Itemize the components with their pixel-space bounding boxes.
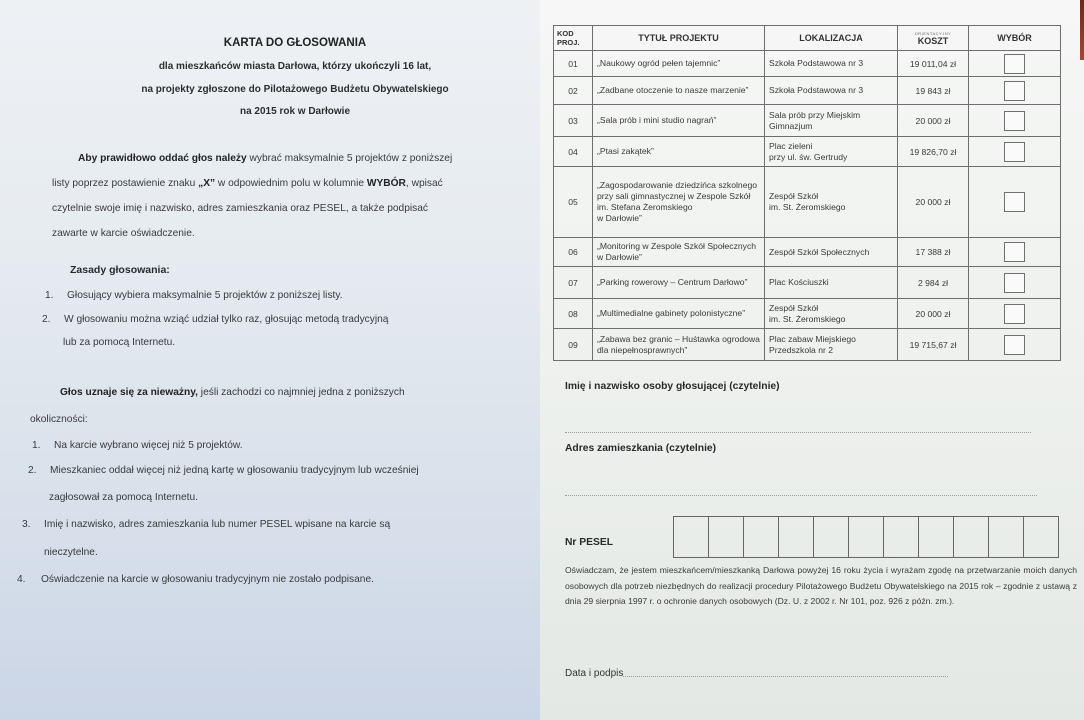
table-row: 01„Naukowy ogród pełen tajemnic”Szkoła P…: [554, 51, 1061, 77]
project-cost: 20 000 zł: [898, 299, 969, 329]
invalid-text: jeśli zachodzi co najmniej jedna z poniż…: [198, 387, 405, 398]
project-location: Zespół Szkół im. St. Żeromskiego: [765, 167, 898, 238]
invalid-text: Imię i nazwisko, adres zamieszkania lub …: [44, 519, 390, 530]
selection-cell: [969, 51, 1061, 77]
project-title: „Ptasi zakątek”: [593, 137, 765, 167]
instructions-text: listy poprzez postawienie znaku: [52, 178, 198, 189]
pesel-field[interactable]: [673, 516, 1059, 558]
project-cost: 19 843 zł: [898, 77, 969, 105]
project-location: Plac Kościuszki: [765, 267, 898, 299]
project-cost: 19 011,04 zł: [898, 51, 969, 77]
pesel-digit-box[interactable]: [709, 517, 744, 557]
header-koszt: ORIENTACYJNYKOSZT: [898, 26, 969, 51]
pesel-digit-box[interactable]: [919, 517, 954, 557]
project-code: 05: [554, 167, 593, 238]
pesel-digit-box[interactable]: [814, 517, 849, 557]
invalid-cont: nieczytelne.: [44, 547, 98, 558]
invalid-item: 2.Mieszkaniec oddał więcej niż jedną kar…: [28, 465, 419, 476]
selection-checkbox[interactable]: [1004, 81, 1025, 101]
projects-table: KOD PROJ. TYTUŁ PROJEKTU LOKALIZACJA ORI…: [553, 25, 1061, 361]
project-cost: 19 715,67 zł: [898, 329, 969, 361]
date-sign-label: Data i podpis: [565, 668, 623, 679]
invalid-number: 3.: [22, 519, 44, 530]
project-location: Szkoła Podstawowa nr 3: [765, 77, 898, 105]
selection-checkbox[interactable]: [1004, 242, 1025, 262]
table-row: 03„Sala prób i mini studio nagrań”Sala p…: [554, 105, 1061, 137]
project-title: „Zadbane otoczenie to nasze marzenie”: [593, 77, 765, 105]
project-title: „Parking rowerowy – Centrum Darłowo”: [593, 267, 765, 299]
header-lokalizacja: LOKALIZACJA: [765, 26, 898, 51]
project-cost: 19 826,70 zł: [898, 137, 969, 167]
invalid-item: 1.Na karcie wybrano więcej niż 5 projekt…: [32, 440, 243, 451]
address-field[interactable]: [565, 495, 1037, 496]
invalid-item: 4.Oświadczenie na karcie w głosowaniu tr…: [17, 574, 374, 585]
pesel-digit-box[interactable]: [849, 517, 884, 557]
project-location: Szkoła Podstawowa nr 3: [765, 51, 898, 77]
selection-cell: [969, 329, 1061, 361]
selection-checkbox[interactable]: [1004, 273, 1025, 293]
table-header-row: KOD PROJ. TYTUŁ PROJEKTU LOKALIZACJA ORI…: [554, 26, 1061, 51]
date-sign-row: Data i podpis: [565, 668, 948, 679]
invalid-cont: zagłosował za pomocą Internetu.: [49, 492, 198, 503]
address-label: Adres zamieszkania (czytelnie): [565, 443, 716, 454]
project-code: 08: [554, 299, 593, 329]
header-koszt-label: KOSZT: [918, 36, 949, 46]
selection-checkbox[interactable]: [1004, 142, 1025, 162]
rule-item: 1.Głosujący wybiera maksymalnie 5 projek…: [45, 290, 343, 301]
invalid-number: 4.: [17, 574, 41, 585]
name-field[interactable]: [565, 432, 1031, 433]
pesel-digit-box[interactable]: [779, 517, 814, 557]
rule-number: 2.: [42, 314, 64, 325]
date-sign-field[interactable]: [623, 676, 948, 677]
table-row: 05„Zagospodarowanie dziedzińca szkolnego…: [554, 167, 1061, 238]
rule-number: 1.: [45, 290, 67, 301]
wybor-text: WYBÓR: [367, 178, 406, 189]
rule-item: 2.W głosowaniu można wziąć udział tylko …: [42, 314, 388, 325]
project-location: Plac zabaw Miejskiego Przedszkola nr 2: [765, 329, 898, 361]
selection-checkbox[interactable]: [1004, 304, 1025, 324]
subtitle-line-1: dla mieszkańców miasta Darłowa, którzy u…: [0, 61, 590, 72]
subtitle-line-3: na 2015 rok w Darłowie: [0, 106, 590, 117]
invalid-text: Mieszkaniec oddał więcej niż jedną kartę…: [50, 465, 419, 476]
project-code: 06: [554, 238, 593, 267]
project-title: „Zagospodarowanie dziedzińca szkolnego p…: [593, 167, 765, 238]
project-title: „Naukowy ogród pełen tajemnic”: [593, 51, 765, 77]
declaration-text: Oświadczam, że jestem mieszkańcem/mieszk…: [565, 563, 1077, 610]
invalid-bold: Głos uznaje się za nieważny,: [60, 387, 198, 398]
selection-cell: [969, 137, 1061, 167]
instructions-text: w odpowiednim polu w kolumnie: [215, 178, 367, 189]
selection-cell: [969, 167, 1061, 238]
pesel-digit-box[interactable]: [1024, 517, 1058, 557]
rule-text-cont: lub za pomocą Internetu.: [63, 337, 175, 348]
invalid-text: Na karcie wybrano więcej niż 5 projektów…: [54, 440, 243, 451]
instructions-text: czytelnie swoje imię i nazwisko, adres z…: [52, 196, 522, 221]
project-location: Plac zieleni przy ul. św. Gertrudy: [765, 137, 898, 167]
table-edge: [1080, 0, 1084, 60]
name-label: Imię i nazwisko osoby głosującej (czytel…: [565, 381, 780, 392]
project-cost: 2 984 zł: [898, 267, 969, 299]
project-cost: 20 000 zł: [898, 105, 969, 137]
instructions-text: , wpisać: [406, 178, 443, 189]
header-kod: KOD PROJ.: [554, 26, 593, 51]
rules-heading: Zasady głosowania:: [70, 264, 170, 276]
ballot-title: KARTA DO GŁOSOWANIA: [0, 37, 590, 49]
selection-checkbox[interactable]: [1004, 192, 1025, 212]
project-cost: 17 388 zł: [898, 238, 969, 267]
selection-checkbox[interactable]: [1004, 335, 1025, 355]
invalid-number: 2.: [28, 465, 50, 476]
invalid-cont: okoliczności:: [30, 414, 88, 425]
table-row: 07„Parking rowerowy – Centrum Darłowo”Pl…: [554, 267, 1061, 299]
table-row: 04„Ptasi zakątek”Plac zieleni przy ul. ś…: [554, 137, 1061, 167]
selection-cell: [969, 238, 1061, 267]
project-location: Sala prób przy Miejskim Gimnazjum: [765, 105, 898, 137]
project-code: 03: [554, 105, 593, 137]
table-row: 06„Monitoring w Zespole Szkół Społecznyc…: [554, 238, 1061, 267]
project-location: Zespół Szkół im. St. Żeromskiego: [765, 299, 898, 329]
selection-cell: [969, 105, 1061, 137]
selection-cell: [969, 77, 1061, 105]
project-code: 01: [554, 51, 593, 77]
table-row: 02„Zadbane otoczenie to nasze marzenie”S…: [554, 77, 1061, 105]
table-row: 08„Multimedialne gabinety polonistyczne”…: [554, 299, 1061, 329]
selection-cell: [969, 267, 1061, 299]
project-code: 09: [554, 329, 593, 361]
rule-text: Głosujący wybiera maksymalnie 5 projektó…: [67, 290, 343, 301]
subtitle-line-2: na projekty zgłoszone do Pilotażowego Bu…: [0, 84, 590, 95]
instructions-text: zawarte w karcie oświadczenie.: [52, 221, 522, 246]
x-mark-text: „X”: [198, 178, 215, 189]
selection-checkbox[interactable]: [1004, 111, 1025, 131]
project-code: 04: [554, 137, 593, 167]
header-tytul: TYTUŁ PROJEKTU: [593, 26, 765, 51]
project-cost: 20 000 zł: [898, 167, 969, 238]
rule-text: W głosowaniu można wziąć udział tylko ra…: [64, 314, 388, 325]
selection-checkbox[interactable]: [1004, 54, 1025, 74]
invalid-item: 3.Imię i nazwisko, adres zamieszkania lu…: [22, 519, 518, 530]
project-title: „Sala prób i mini studio nagrań”: [593, 105, 765, 137]
pesel-digit-box[interactable]: [989, 517, 1024, 557]
invalid-intro: Głos uznaje się za nieważny, jeśli zacho…: [60, 387, 520, 398]
instructions-bold: Aby prawidłowo oddać głos należy: [78, 153, 247, 164]
pesel-digit-box[interactable]: [744, 517, 779, 557]
instructions-text: wybrać maksymalnie 5 projektów z poniższ…: [247, 153, 453, 164]
header-wybor: WYBÓR: [969, 26, 1061, 51]
project-code: 07: [554, 267, 593, 299]
pesel-digit-box[interactable]: [674, 517, 709, 557]
project-code: 02: [554, 77, 593, 105]
pesel-digit-box[interactable]: [884, 517, 919, 557]
pesel-digit-box[interactable]: [954, 517, 989, 557]
selection-cell: [969, 299, 1061, 329]
table-row: 09„Zabawa bez granic – Huśtawka ogrodowa…: [554, 329, 1061, 361]
project-title: „Zabawa bez granic – Huśtawka ogrodowa d…: [593, 329, 765, 361]
project-location: Zespół Szkół Społecznych: [765, 238, 898, 267]
project-title: „Monitoring w Zespole Szkół Społecznych …: [593, 238, 765, 267]
pesel-label: Nr PESEL: [565, 537, 613, 548]
invalid-number: 1.: [32, 440, 54, 451]
invalid-text: Oświadczenie na karcie w głosowaniu trad…: [41, 574, 374, 585]
instructions: Aby prawidłowo oddać głos należy wybrać …: [52, 146, 522, 246]
project-title: „Multimedialne gabinety polonistyczne”: [593, 299, 765, 329]
